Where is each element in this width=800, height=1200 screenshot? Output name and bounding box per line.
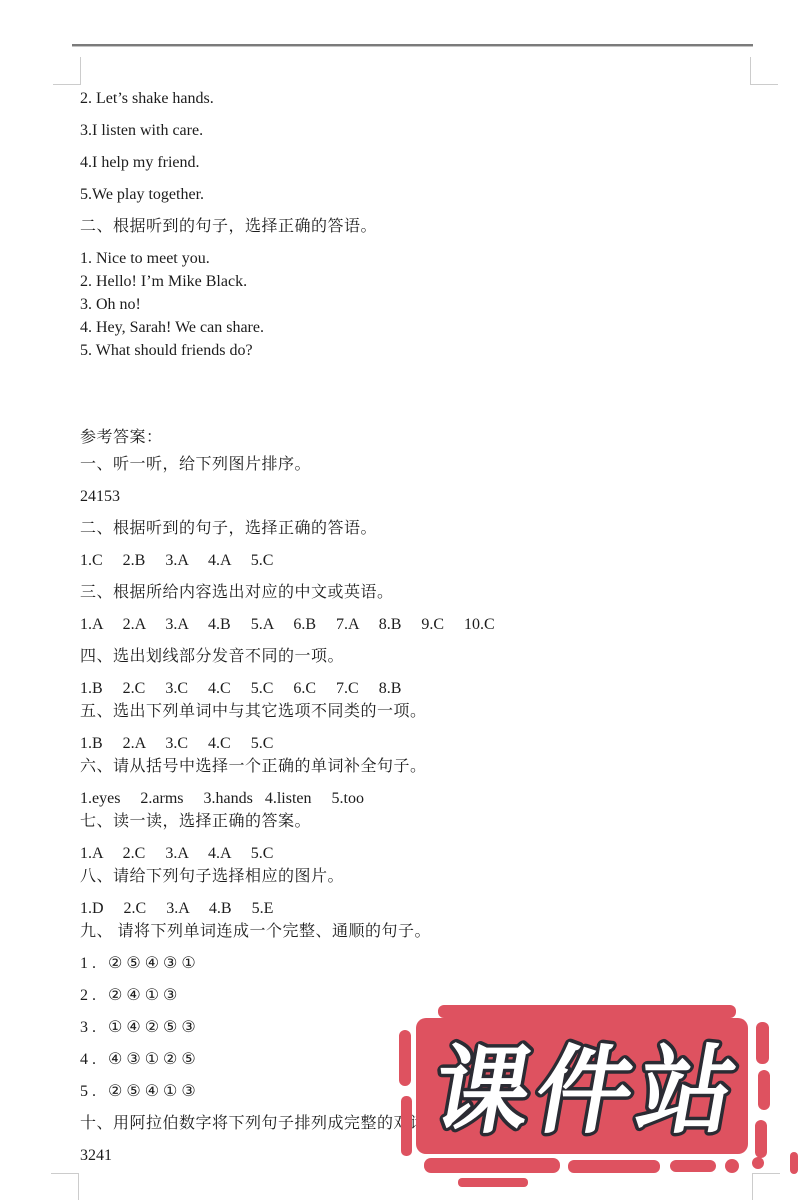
section-heading: 三、根据所给内容选出对应的中文或英语。 (80, 582, 740, 603)
section-heading: 二、根据听到的句子，选择正确的答语。 (80, 216, 740, 237)
english-sentence: 5. What should friends do? (80, 340, 740, 361)
english-sentence: 4. Hey, Sarah! We can share. (80, 317, 740, 338)
english-sentence: 5.We play together. (80, 184, 740, 205)
english-sentence: 4.I help my friend. (80, 152, 740, 173)
stamp-text: 课件站 (425, 1035, 751, 1147)
answer-row: 1.B 2.A 3.C 4.C 5.C (80, 733, 740, 754)
section-heading: 九、 请将下列单词连成一个完整、通顺的句子。 (80, 921, 740, 942)
document-lines: 2. Let’s shake hands.3.I listen with car… (80, 0, 740, 1166)
section-heading: 五、选出下列单词中与其它选项不同类的一项。 (80, 701, 740, 722)
answer-row: 1.B 2.C 3.C 4.C 5.C 6.C 7.C 8.B (80, 678, 740, 699)
english-sentence: 3.I listen with care. (80, 120, 740, 141)
answer-row: 1.D 2.C 3.A 4.B 5.E (80, 898, 740, 919)
answer-row: 1.C 2.B 3.A 4.A 5.C (80, 550, 740, 571)
label: 参考答案： (80, 427, 740, 448)
answer-row: 24153 (80, 486, 740, 507)
section-heading: 六、请从括号中选择一个正确的单词补全句子。 (80, 756, 740, 777)
section-heading: 一、听一听，给下列图片排序。 (80, 454, 740, 475)
answer-row: 1.A 2.A 3.A 4.B 5.A 6.B 7.A 8.B 9.C 10.C (80, 614, 740, 635)
english-sentence: 1. Nice to meet you. (80, 248, 740, 269)
answer-row: 1.eyes 2.arms 3.hands 4.listen 5.too (80, 788, 740, 809)
section-heading: 七、读一读，选择正确的答案。 (80, 811, 740, 832)
english-sentence: 2. Hello! I’m Mike Black. (80, 271, 740, 292)
text-boundary-mark-top-right (750, 57, 778, 85)
section-heading: 四、选出划线部分发音不同的一项。 (80, 646, 740, 667)
sequence-row: 1. ②⑤④③① (80, 953, 740, 974)
answer-row: 1.A 2.C 3.A 4.A 5.C (80, 843, 740, 864)
english-sentence: 3. Oh no! (80, 294, 740, 315)
section-heading: 二、根据听到的句子，选择正确的答语。 (80, 518, 740, 539)
english-sentence: 2. Let’s shake hands. (80, 88, 740, 109)
text-boundary-mark-bottom-left (51, 1173, 79, 1200)
courseware-stamp: 课件站 (398, 1002, 798, 1198)
text-boundary-mark-top-left (53, 57, 81, 85)
section-heading: 八、请给下列句子选择相应的图片。 (80, 866, 740, 887)
